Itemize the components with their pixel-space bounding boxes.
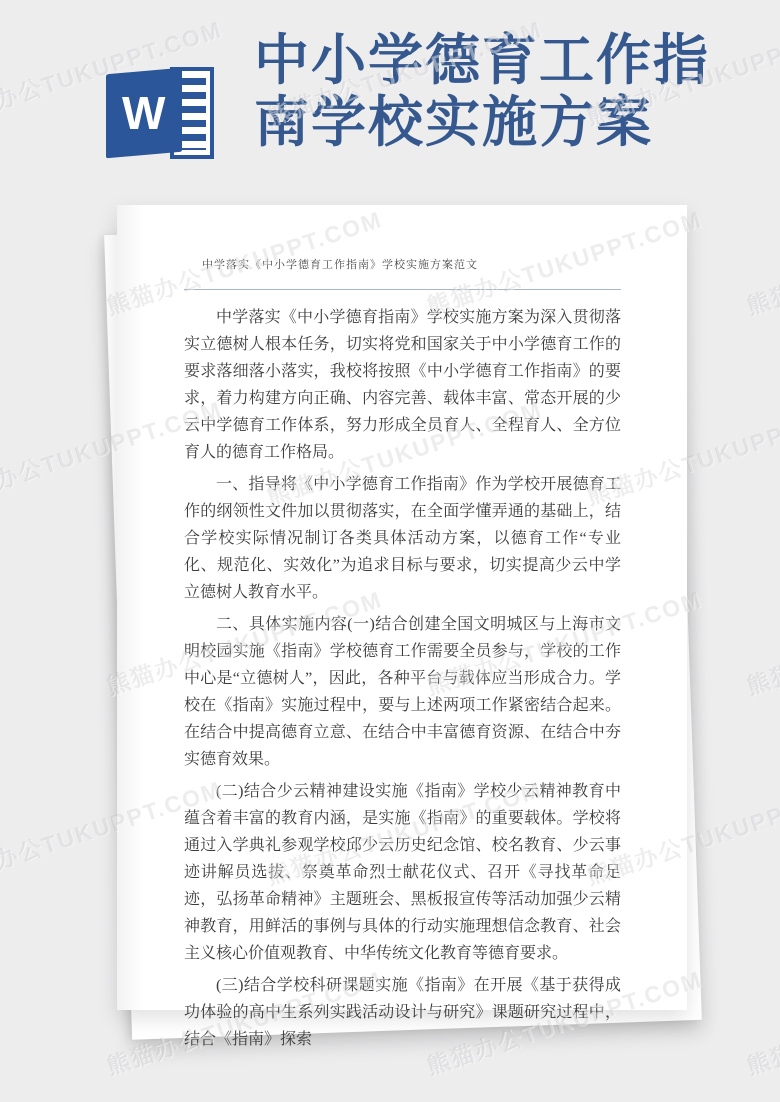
word-icon-doc-lines — [178, 78, 206, 150]
document-divider — [184, 289, 621, 290]
document-paragraph: 中学落实《中小学德育指南》学校实施方案为深入贯彻落实立德树人根本任务，切实将党和… — [184, 304, 621, 466]
page-title: 中小学德育工作指南学校实施方案 — [254, 30, 724, 154]
page-root: 中学落实《中小学德育工作指南》学校实施方案范文 中学落实《中小学德育指南》学校实… — [0, 0, 780, 1102]
word-icon-letter: W — [122, 90, 165, 136]
page-title-line: 中小学德育工作指 — [254, 30, 724, 92]
word-icon: W — [106, 62, 216, 164]
document-page: 中学落实《中小学德育工作指南》学校实施方案范文 中学落实《中小学德育指南》学校实… — [117, 205, 687, 1010]
header: W 中小学德育工作指南学校实施方案 — [0, 0, 780, 190]
watermark-text: 熊猫办公TUKUPPT.COM — [742, 581, 780, 701]
document-paragraph: 二、具体实施内容(一)结合创建全国文明城区与上海市文明校园实施《指南》学校德育工… — [184, 611, 621, 773]
document-header-text: 中学落实《中小学德育工作指南》学校实施方案范文 — [202, 256, 478, 272]
page-title-line: 南学校实施方案 — [254, 92, 724, 154]
document-paragraph: (三)结合学校科研课题实施《指南》在开展《基于获得成功体验的高中生系列实践活动设… — [184, 972, 621, 1053]
document-body: 中学落实《中小学德育指南》学校实施方案为深入贯彻落实立德树人根本任务，切实将党和… — [184, 304, 621, 1058]
document-paragraph: (二)结合少云精神建设实施《指南》学校少云精神教育中蕴含着丰富的教育内涵，是实施… — [184, 778, 621, 967]
word-icon-panel: W — [106, 68, 182, 159]
document-paragraph: 一、指导将《中小学德育工作指南》作为学校开展德育工作的纲领性文件加以贯彻落实，在… — [184, 471, 621, 606]
watermark-text: 熊猫办公TUKUPPT.COM — [742, 961, 780, 1081]
watermark-text: 熊猫办公TUKUPPT.COM — [742, 201, 780, 321]
